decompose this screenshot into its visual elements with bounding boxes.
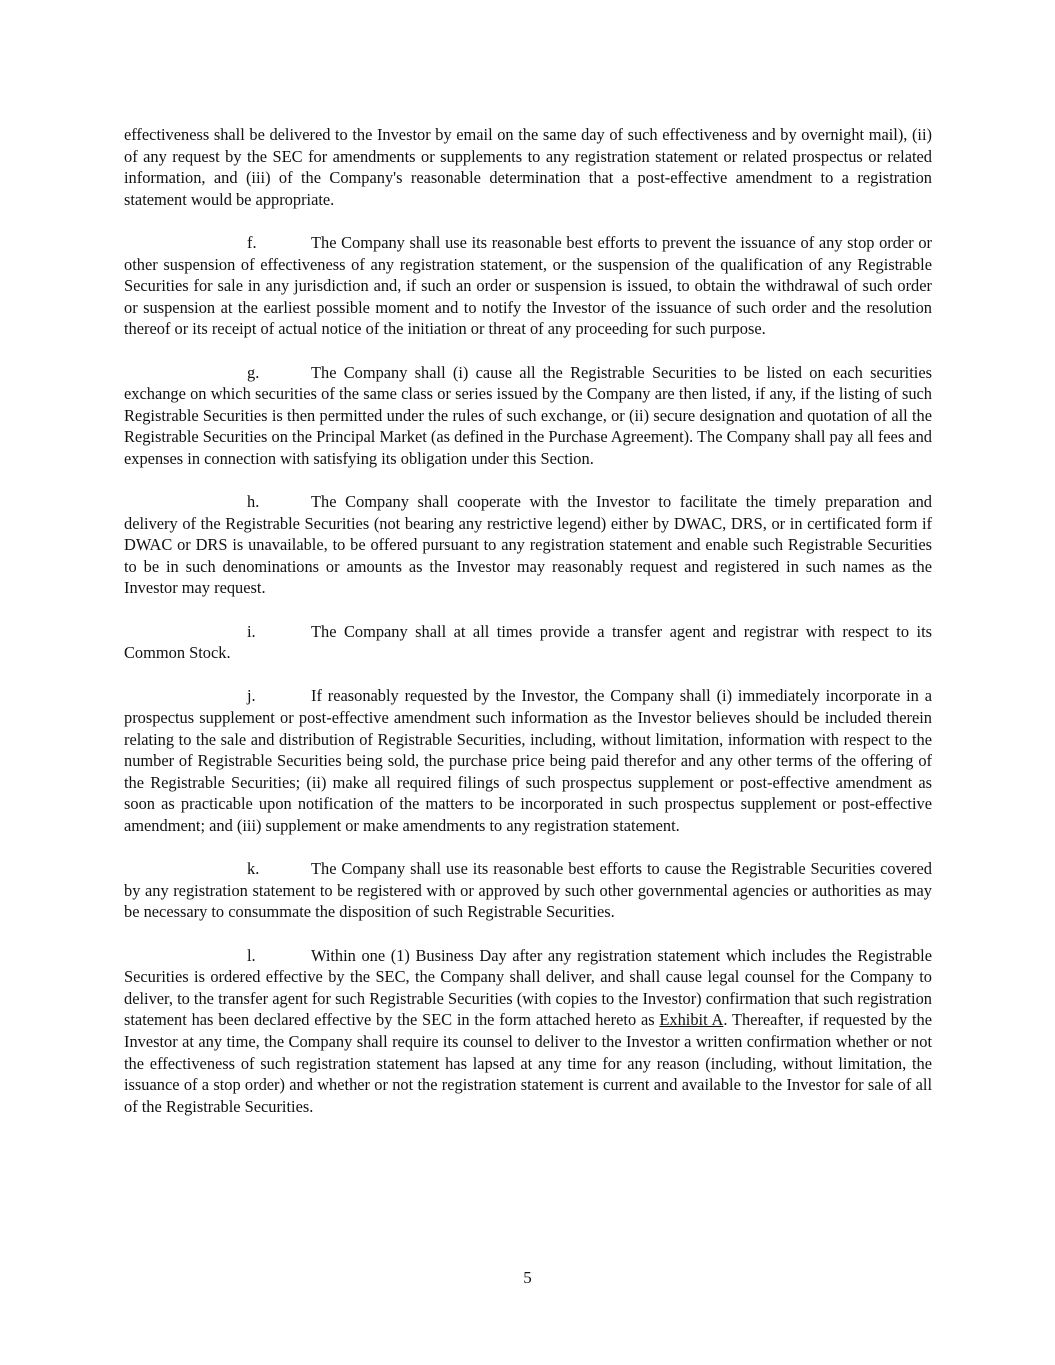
section-text: The Company shall use its reasonable bes… xyxy=(124,859,932,921)
exhibit-a-reference: Exhibit A xyxy=(659,1010,723,1029)
section-text: The Company shall cooperate with the Inv… xyxy=(124,492,932,597)
section-g: g.The Company shall (i) cause all the Re… xyxy=(124,362,932,470)
section-i: i.The Company shall at all times provide… xyxy=(124,621,932,664)
section-text: The Company shall use its reasonable bes… xyxy=(124,233,932,338)
section-label: j. xyxy=(247,685,311,707)
section-label: k. xyxy=(247,858,311,880)
section-f: f.The Company shall use its reasonable b… xyxy=(124,232,932,340)
section-h: h.The Company shall cooperate with the I… xyxy=(124,491,932,599)
page-number: 5 xyxy=(0,1268,1055,1288)
section-k: k.The Company shall use its reasonable b… xyxy=(124,858,932,923)
section-l: l.Within one (1) Business Day after any … xyxy=(124,945,932,1118)
section-text: The Company shall at all times provide a… xyxy=(124,622,932,663)
continuation-paragraph: effectiveness shall be delivered to the … xyxy=(124,124,932,210)
section-label: g. xyxy=(247,362,311,384)
section-text: The Company shall (i) cause all the Regi… xyxy=(124,363,932,468)
section-j: j.If reasonably requested by the Investo… xyxy=(124,685,932,836)
section-label: i. xyxy=(247,621,311,643)
section-text: If reasonably requested by the Investor,… xyxy=(124,686,932,835)
section-label: l. xyxy=(247,945,311,967)
section-label: h. xyxy=(247,491,311,513)
section-label: f. xyxy=(247,232,311,254)
document-page: effectiveness shall be delivered to the … xyxy=(124,124,932,1139)
